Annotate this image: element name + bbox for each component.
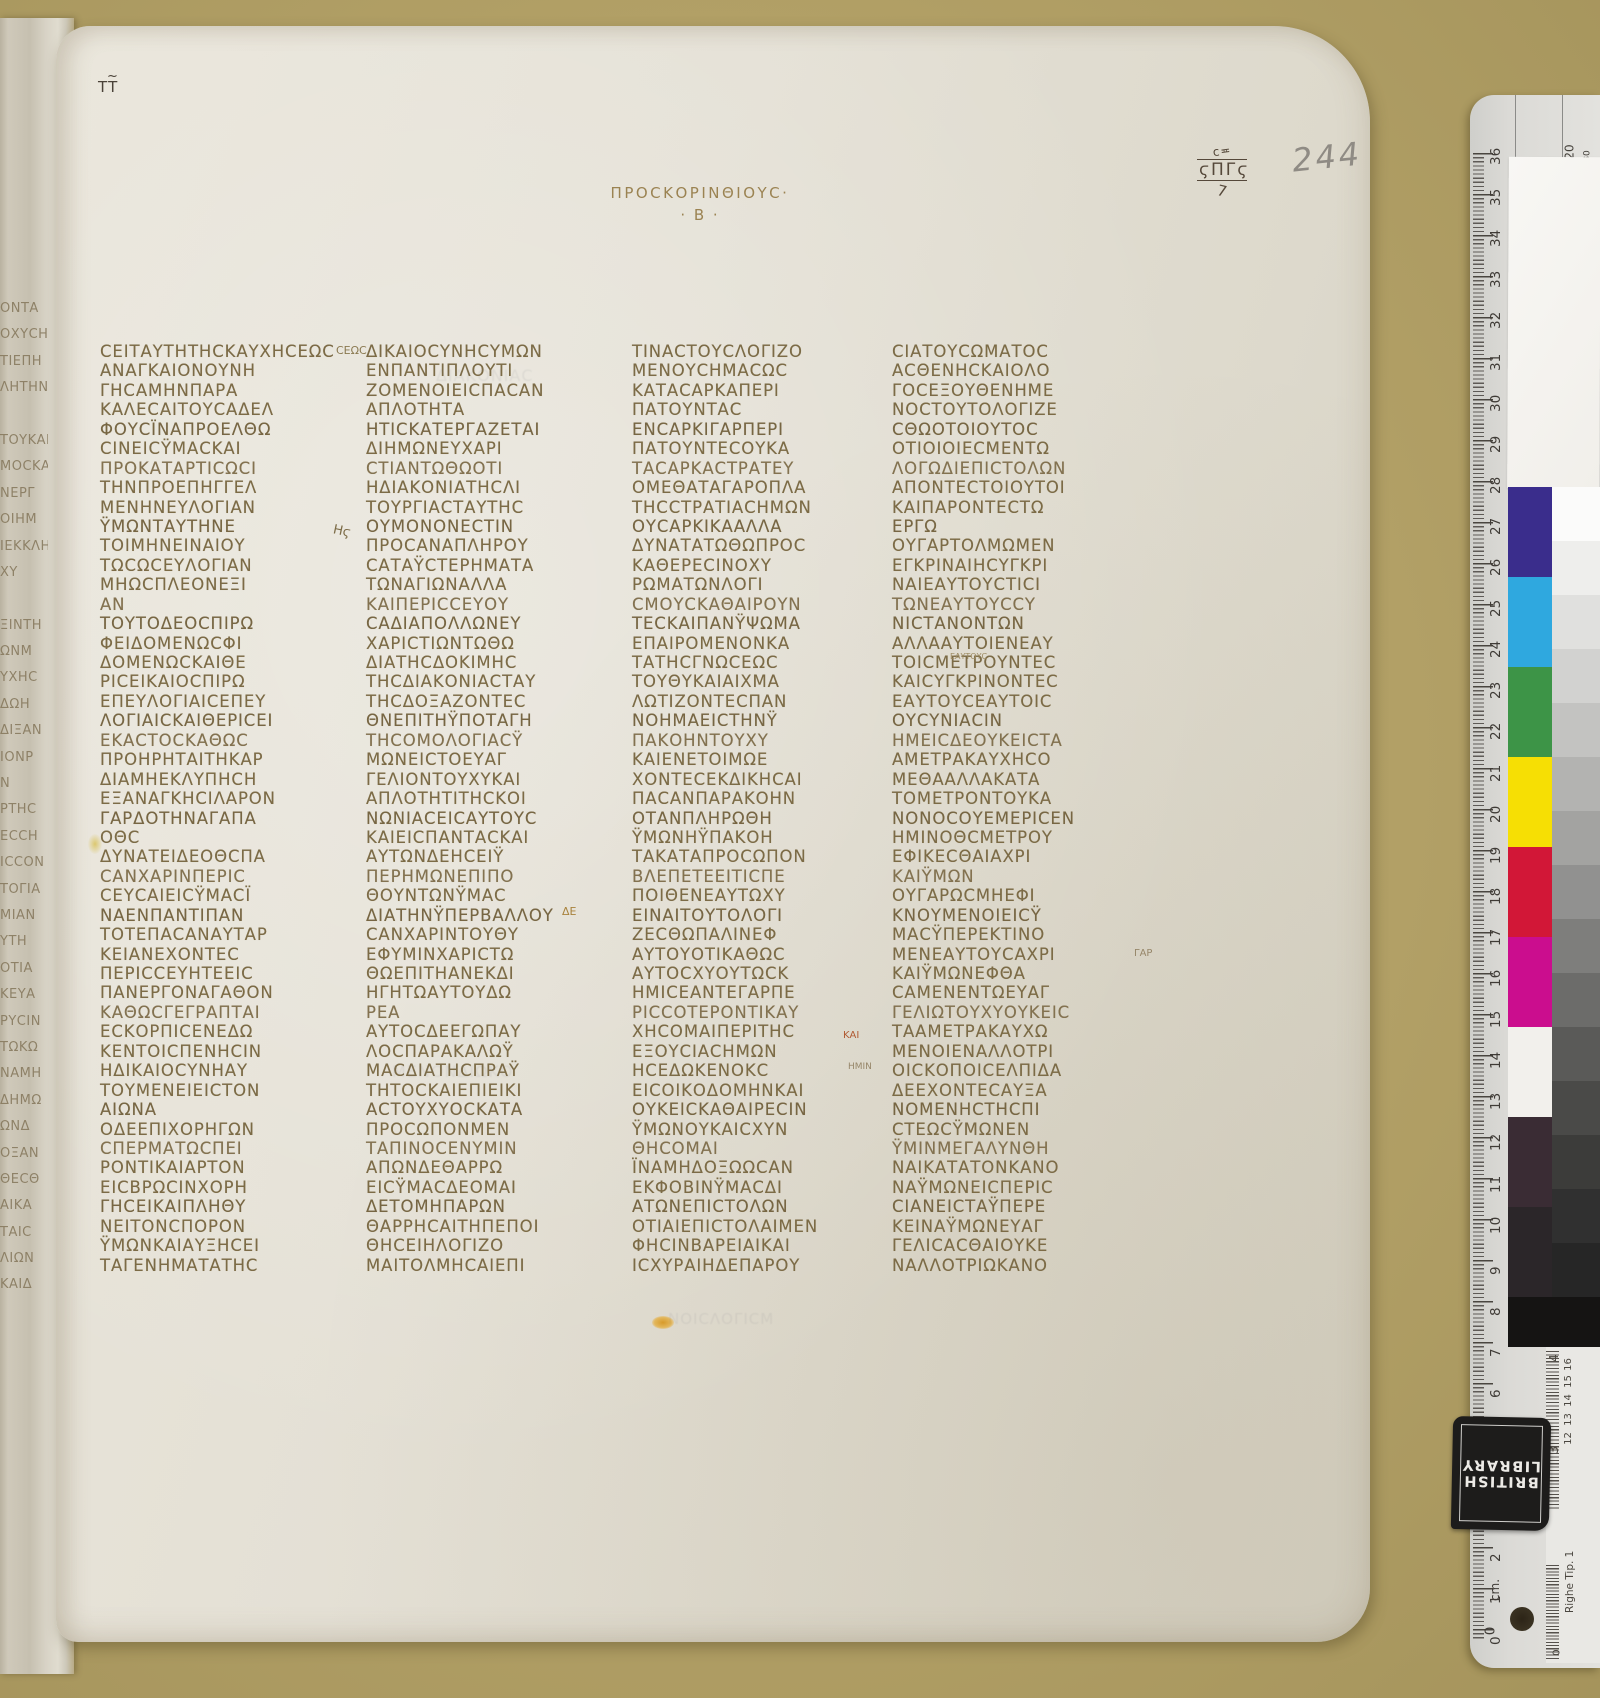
manuscript-line: ΑΝ bbox=[100, 595, 362, 614]
fragment-line: ΟΤΙΑ bbox=[0, 956, 48, 982]
manuscript-line: ϹΙΝΕΙϹΫΜΑϹΚΑΙ bbox=[100, 439, 362, 458]
manuscript-line: ΝΑΕΝΠΑΝΤΙΠΑΝ bbox=[100, 906, 362, 925]
manuscript-line: ΧΟΝΤΕϹΕΚΔΙΚΗϹΑΙ bbox=[632, 770, 894, 789]
fragment-line: ΡΥϹΙΝ bbox=[0, 1009, 48, 1035]
manuscript-line: ΚΑΙΕΝΕΤΟΙΜΩΕ bbox=[632, 750, 894, 769]
cm-number: 28 bbox=[1488, 474, 1504, 494]
gray-step bbox=[1552, 811, 1600, 865]
manuscript-line: ΔΕΕΧΟΝΤΕϹΑΥΞΑ bbox=[892, 1081, 1154, 1100]
quire-mark-tilde: ~ bbox=[107, 69, 119, 84]
manuscript-line: ΕϹΚΟΡΠΙϹΕΝΕΔΩ bbox=[100, 1022, 362, 1041]
manuscript-line: ΡΟΝΤΙΚΑΙΑΡΤΟΝ bbox=[100, 1158, 362, 1177]
manuscript-line: ΧΑΡΙϹΤΙΩΝΤΩΘΩ bbox=[366, 634, 628, 653]
manuscript-line: ΟΤΙΑΙΕΠΙϹΤΟΛΑΙΜΕΝ bbox=[632, 1217, 894, 1236]
secondary-scale-number: 15 bbox=[1563, 1375, 1574, 1388]
manuscript-line: ΝΩΝΙΑϹΕΙϹΑΥΤΟΥϹ bbox=[366, 809, 628, 828]
cm-number: 34 bbox=[1488, 227, 1504, 247]
manuscript-line: ΑΠΟΝΤΕϹΤΟΙΟΥΤΟΙ bbox=[892, 478, 1154, 497]
fragment-line: ΛΙΩΝ bbox=[0, 1246, 48, 1272]
gray-step bbox=[1552, 703, 1600, 757]
manuscript-line: ΕΠΑΙΡΟΜΕΝΟΝΚΑ bbox=[632, 634, 894, 653]
manuscript-line: ΚΕΝΤΟΙϹΠΕΝΗϹΙΝ bbox=[100, 1042, 362, 1061]
manuscript-line: ΝΑΙΚΑΤΑΤΟΝΚΑΝΟ bbox=[892, 1158, 1154, 1177]
manuscript-line: ΤΟΜΕΤΡΟΝΤΟΥΚΑ bbox=[892, 789, 1154, 808]
manuscript-line: ΠΑΝΕΡΓΟΝΑΓΑΘΟΝ bbox=[100, 983, 362, 1002]
gray-step bbox=[1552, 757, 1600, 811]
manuscript-line: ΠΑΤΟΥΝΤΑϹ bbox=[632, 400, 894, 419]
fragment-line: ΙΟΝΡ bbox=[0, 745, 48, 771]
manuscript-line: ΚΑΘΕΡΕϹΙΝΟΧΥ bbox=[632, 556, 894, 575]
manuscript-line: ΛΟΓΩΔΙΕΠΙϹΤΟΛΩΝ bbox=[892, 459, 1154, 478]
manuscript-line: ΓΕΛΙΩΤΟΥΧΥΟΥΚΕΙϹ bbox=[892, 1003, 1154, 1022]
manuscript-line: ΫΜΩΝΗΫΠΑΚΟΗ bbox=[632, 828, 894, 847]
manuscript-line: ΑΠΛΟΤΗΤΙΤΗϹΚΟΙ bbox=[366, 789, 628, 808]
gray-step bbox=[1552, 1135, 1600, 1189]
marginal-note: ΚΑΙ bbox=[843, 1030, 859, 1041]
manuscript-line: ΠΑΚΟΗΝΤΟΥΧΥ bbox=[632, 731, 894, 750]
manuscript-line: ϹΑΜΕΝΕΝΤΩΕΥΑΓ bbox=[892, 983, 1154, 1002]
manuscript-line: ΜΕΝΟΥϹΗΜΑϹΩϹ bbox=[632, 361, 894, 380]
manuscript-line: ϹΕΙΤΑΥΤΗΤΗϹΚΑΥΧΗϹΕΩϹ bbox=[100, 342, 362, 361]
manuscript-line: ΜΕΝΟΙΕΝΑΛΛΟΤΡΙ bbox=[892, 1042, 1154, 1061]
manuscript-photo-stage: ΟΝΤΑΟΧΥϹΗΤΙΕΠΗΛΗΤΗΝΤΟΥΚΑΙΜΟϹΚΑΙΝΕΡΓΟΙΗΜΙ… bbox=[0, 0, 1600, 1698]
cm-number: 23 bbox=[1488, 679, 1504, 699]
manuscript-line: ΜΕΝΕΑΥΤΟΥϹΑΧΡΙ bbox=[892, 945, 1154, 964]
color-patch bbox=[1508, 1117, 1552, 1207]
grayscale-wedge-column bbox=[1552, 487, 1600, 1297]
manuscript-line: ΜΑϹΫΠΕΡΕΚΤΙΝΟ bbox=[892, 925, 1154, 944]
manuscript-line: ΚΑΙΠΑΡΟΝΤΕϹΤΩ bbox=[892, 498, 1154, 517]
manuscript-line: ϹΑΤΑΫϹΤΕΡΗΜΑΤΑ bbox=[366, 556, 628, 575]
quire-mark-top-left: ΤΤ ~ bbox=[98, 78, 118, 96]
gray-step bbox=[1552, 1081, 1600, 1135]
manuscript-line: ΟΥΓΑΡΤΟΛΜΩΜΕΝ bbox=[892, 536, 1154, 555]
text-column-3: ΤΙΝΑϹΤΟΥϹΛΟΓΙΖΟΜΕΝΟΥϹΗΜΑϹΩϹΚΑΤΑϹΑΡΚΑΠΕΡΙ… bbox=[632, 342, 894, 1275]
gray-step bbox=[1552, 649, 1600, 703]
cm-number: 36 bbox=[1488, 145, 1504, 165]
british-library-label-text: BRITISH LIBRARY bbox=[1459, 1424, 1543, 1523]
manuscript-line: ΔΙΗΜΩΝΕΥΧΑΡΙ bbox=[366, 439, 628, 458]
manuscript-line: ΤΙΝΑϹΤΟΥϹΛΟΓΙΖΟ bbox=[632, 342, 894, 361]
manuscript-line: ΓΑΡΔΟΤΗΝΑΓΑΠΑ bbox=[100, 809, 362, 828]
fragment-line: ΟΧΥϹΗ bbox=[0, 322, 48, 348]
manuscript-line: ΟΥϹΥΝΙΑϹΙΝ bbox=[892, 711, 1154, 730]
manuscript-line: ΤΟΥΡΓΙΑϹΤΑΥΤΗϹ bbox=[366, 498, 628, 517]
manuscript-line: ϹΑΝΧΑΡΙΝΠΕΡΙϹ bbox=[100, 867, 362, 886]
manuscript-line: ΕΙϹΒΡΩϹΙΝΧΟΡΗ bbox=[100, 1178, 362, 1197]
manuscript-line: ΚΑΛΕϹΑΙΤΟΥϹΑΔΕΛ bbox=[100, 400, 362, 419]
manuscript-line: ΕΚΑϹΤΟϹΚΑΘΩϹ bbox=[100, 731, 362, 750]
manuscript-line: ΘΩΕΠΙΤΗΑΝΕΚΔΙ bbox=[366, 964, 628, 983]
manuscript-line: ΛΟΓΙΑΙϹΚΑΙΘΕΡΙϹΕΙ bbox=[100, 711, 362, 730]
manuscript-line: ΟΤΙΟΙΟΙΕϹΜΕΝΤΩ bbox=[892, 439, 1154, 458]
cm-number: 29 bbox=[1488, 433, 1504, 453]
manuscript-line: ΔΙΚΑΙΟϹΥΝΗϹΥΜΩΝ bbox=[366, 342, 628, 361]
manuscript-line: ΡΙϹΕΙΚΑΙΟϹΠΙΡΩ bbox=[100, 672, 362, 691]
fragment-line: ΑΙΚΑ bbox=[0, 1193, 48, 1219]
manuscript-line: ϹΑΔΙΑΠΟΛΛΩΝΕΥ bbox=[366, 614, 628, 633]
gray-step bbox=[1552, 919, 1600, 973]
cm-number: 25 bbox=[1488, 597, 1504, 617]
cm-number: 8 bbox=[1488, 1296, 1504, 1316]
fragment-line: ΩΝΜ bbox=[0, 639, 48, 665]
manuscript-line: ϹΜΟΥϹΚΑΘΑΙΡΟΥΝ bbox=[632, 595, 894, 614]
manuscript-line: ΟΔΕΕΠΙΧΟΡΗΓΩΝ bbox=[100, 1120, 362, 1139]
label-line-library: LIBRARY bbox=[1461, 1457, 1541, 1475]
manuscript-line: ΝΑΛΛΟΤΡΙΩΚΑΝΟ bbox=[892, 1256, 1154, 1275]
cm-number: 30 bbox=[1488, 392, 1504, 412]
cm-number: 10 bbox=[1488, 1214, 1504, 1234]
fragment-line: ΙΕΚΚΛΗ bbox=[0, 534, 48, 560]
manuscript-line: ΝΟΗΜΑΕΙϹΤΗΝΫ bbox=[632, 711, 894, 730]
manuscript-line: ΤΩΝΑΓΙΩΝΑΛΛΑ bbox=[366, 575, 628, 594]
manuscript-line: ΤΑΑΜΕΤΡΑΚΑΥΧΩ bbox=[892, 1022, 1154, 1041]
fragment-line: ΧΥ bbox=[0, 560, 48, 586]
manuscript-line: ΡΩΜΑΤΩΝΛΟΓΙ bbox=[632, 575, 894, 594]
manuscript-line: ΘΟΥΝΤΩΝΫΜΑϹ bbox=[366, 886, 628, 905]
manuscript-line: ΠΑϹΑΝΠΑΡΑΚΟΗΝ bbox=[632, 789, 894, 808]
manuscript-line: ΟΥΓΑΡΩϹΜΗΕΦΙ bbox=[892, 886, 1154, 905]
manuscript-line: ΫΜΩΝΤΑΥΤΗΝΕ bbox=[100, 517, 362, 536]
fragment-line: ΤΑΙϹ bbox=[0, 1220, 48, 1246]
fragment-line: ΜΟϹΚΑΙ bbox=[0, 454, 48, 480]
cm-number: 15 bbox=[1488, 1008, 1504, 1028]
fragment-line: ΤΙΕΠΗ bbox=[0, 349, 48, 375]
manuscript-line: ΗΜΙϹΕΑΝΤΕΓΑΡΠΕ bbox=[632, 983, 894, 1002]
manuscript-line: ΔΙΑΜΗΕΚΛΥΠΗϹΗ bbox=[100, 770, 362, 789]
secondary-scale-ticks-lower bbox=[1546, 1565, 1559, 1659]
fragment-line: ΛΗΤΗΝ bbox=[0, 375, 48, 401]
manuscript-line: ΦΕΙΔΟΜΕΝΩϹΦΙ bbox=[100, 634, 362, 653]
fragment-line: ΔΩΗ bbox=[0, 692, 48, 718]
cm-number: 6 bbox=[1488, 1378, 1504, 1398]
fragment-line: ΕϹϹΗ bbox=[0, 824, 48, 850]
manuscript-line: ΘΗϹΕΙΗΛΟΓΙΖΟ bbox=[366, 1236, 628, 1255]
color-patch bbox=[1508, 667, 1552, 757]
manuscript-line: ΕΙϹΫΜΑϹΔΕΟΜΑΙ bbox=[366, 1178, 628, 1197]
text-column-2: ΔΙΚΑΙΟϹΥΝΗϹΥΜΩΝΕΝΠΑΝΤΙΠΛΟΥΤΙΖΟΜΕΝΟΙΕΙϹΠΑ… bbox=[366, 342, 628, 1275]
manuscript-line: ΛΩΤΙΖΟΝΤΕϹΠΑΝ bbox=[632, 692, 894, 711]
manuscript-line: ϹΙΑΝΕΙϹΤΑΫΠΕΡΕ bbox=[892, 1197, 1154, 1216]
manuscript-line: ΑΤΩΝΕΠΙϹΤΟΛΩΝ bbox=[632, 1197, 894, 1216]
fragment-line: ΝΕΡΓ bbox=[0, 481, 48, 507]
manuscript-line: ΚΝΟΥΜΕΝΟΙΕΙϹΫ bbox=[892, 906, 1154, 925]
fragment-line: ΤΟΥΚΑΙ bbox=[0, 428, 48, 454]
manuscript-line: ΡΙϹϹΟΤΕΡΟΝΤΙΚΑΥ bbox=[632, 1003, 894, 1022]
fragment-line: ΔΗΜΩ bbox=[0, 1088, 48, 1114]
cm-number: 13 bbox=[1488, 1090, 1504, 1110]
vellum-stain bbox=[88, 834, 102, 854]
fragment-line: ΝΑΜΗ bbox=[0, 1061, 48, 1087]
manuscript-line: ΚΑΙΕΙϹΠΑΝΤΑϹΚΑΙ bbox=[366, 828, 628, 847]
secondary-scale-number: 14 bbox=[1563, 1394, 1574, 1407]
fragment-line: ΟΙΗΜ bbox=[0, 507, 48, 533]
running-title: ΠΡΟϹΚΟΡΙΝΘΙΟΥϹ· bbox=[540, 184, 860, 202]
manuscript-line: ΓΗϹΕΙΚΑΙΠΛΗΘΥ bbox=[100, 1197, 362, 1216]
show-through-text: ΜΕΝΟΝΔΙΩΚΟ bbox=[392, 1062, 513, 1081]
fragment-line bbox=[0, 402, 48, 428]
cm-number: 7 bbox=[1488, 1337, 1504, 1357]
cm-number: 26 bbox=[1488, 556, 1504, 576]
cm-number: 16 bbox=[1488, 967, 1504, 987]
manuscript-line: ΤΟΥΘΥΚΑΙΑΙΧΜΑ bbox=[632, 672, 894, 691]
secondary-scale-number: 16 bbox=[1563, 1358, 1574, 1371]
manuscript-line: ΜΑΙΤΟΛΜΗϹΑΙΕΠΙ bbox=[366, 1256, 628, 1275]
manuscript-line: ΚΑΙΠΕΡΙϹϹΕΥΟΥ bbox=[366, 595, 628, 614]
cm-number: 22 bbox=[1488, 720, 1504, 740]
label-line-british: BRITISH bbox=[1463, 1473, 1539, 1491]
manuscript-line: ΖΕϹΘΩΠΑΛΙΝΕΦ bbox=[632, 925, 894, 944]
manuscript-line: ΜΕΝΗΝΕΥΛΟΓΙΑΝ bbox=[100, 498, 362, 517]
manuscript-line: ΦΟΥϹΪΝΑΠΡΟΕΛΘΩ bbox=[100, 420, 362, 439]
manuscript-line: ΫΜΩΝΚΑΙΑΥΞΗϹΕΙ bbox=[100, 1236, 362, 1255]
manuscript-line: ΑΜΕΤΡΑΚΑΥΧΗϹΟ bbox=[892, 750, 1154, 769]
cm-unit-label: cm. bbox=[1488, 1579, 1502, 1601]
manuscript-line: ΗΜΙΝΟΘϹΜΕΤΡΟΥ bbox=[892, 828, 1154, 847]
manuscript-line: ΜΗΩϹΠΛΕΟΝΕΞΙ bbox=[100, 575, 362, 594]
color-patch bbox=[1508, 757, 1552, 847]
manuscript-line: ΟΥΜΟΝΟΝΕϹΤΙΝ bbox=[366, 517, 628, 536]
british-library-label: BRITISH LIBRARY bbox=[1451, 1416, 1551, 1531]
gray-step bbox=[1552, 973, 1600, 1027]
manuscript-line: ΝΟΜΕΝΗϹΤΗϹΠΙ bbox=[892, 1100, 1154, 1119]
manuscript-line: ΠΡΟϹΑΝΑΠΛΗΡΟΥ bbox=[366, 536, 628, 555]
fragment-line: ΩΝΔ bbox=[0, 1114, 48, 1140]
manuscript-line: ΠΟΙΘΕΝΕΑΥΤΩΧΥ bbox=[632, 886, 894, 905]
manuscript-line: ΑΥΤΟϹΔΕΕΓΩΠΑΥ bbox=[366, 1022, 628, 1041]
manuscript-line: ΤΟΤΕΠΑϹΑΝΑΥΤΑΡ bbox=[100, 925, 362, 944]
manuscript-line: ϹΕΥϹΑΙΕΙϹΫΜΑϹΪ bbox=[100, 886, 362, 905]
color-patch bbox=[1508, 577, 1552, 667]
marginal-note: ΗΜΙΝ bbox=[848, 1062, 872, 1072]
manuscript-line: ΑϹΤΟΥΧΥΟϹΚΑΤΑ bbox=[366, 1100, 628, 1119]
manuscript-line: ΤΗϹΟΜΟΛΟΓΙΑϹΫ bbox=[366, 731, 628, 750]
manuscript-line: ΠΡΟΚΑΤΑΡΤΙϹΩϹΙ bbox=[100, 459, 362, 478]
manuscript-line: ΘΑΡΡΗϹΑΙΤΗΠΕΠΟΙ bbox=[366, 1217, 628, 1236]
manuscript-line: ΕΞΟΥϹΙΑϹΗΜΩΝ bbox=[632, 1042, 894, 1061]
manuscript-line: ΚΑΘΩϹΓΕΓΡΑΠΤΑΙ bbox=[100, 1003, 362, 1022]
manuscript-line: ΜΩΝΕΙϹΤΟΕΥΑΓ bbox=[366, 750, 628, 769]
manuscript-line: ΤΗΝΠΡΟΕΠΗΓΓΕΛ bbox=[100, 478, 362, 497]
fragment-line: ΡΤΗϹ bbox=[0, 797, 48, 823]
manuscript-line: ΠΕΡΗΜΩΝΕΠΙΠΟ bbox=[366, 867, 628, 886]
manuscript-line: ΝΑΫΜΩΝΕΙϹΠΕΡΙϹ bbox=[892, 1178, 1154, 1197]
secondary-scale-number: 4 bbox=[1547, 1354, 1561, 1362]
fragment-line bbox=[0, 586, 48, 612]
fragment-line: ΟΞΑΝ bbox=[0, 1141, 48, 1167]
color-patch bbox=[1508, 1207, 1552, 1297]
manuscript-line: ΜΕΘΑΑΛΛΑΚΑΤΑ bbox=[892, 770, 1154, 789]
manuscript-line: ΔΥΝΑΤΑΤΩΘΩΠΡΟϹ bbox=[632, 536, 894, 555]
manuscript-line: ΤΟΥΜΕΝΕΙΕΙϹΤΟΝ bbox=[100, 1081, 362, 1100]
manuscript-line: ΑΥΤΟΥΟΤΙΚΑΘΩϹ bbox=[632, 945, 894, 964]
manuscript-line: ΗΔΙΚΑΙΟϹΥΝΗΑΥ bbox=[100, 1061, 362, 1080]
manuscript-line: ΑϹΘΕΝΗϹΚΑΙΟΛΟ bbox=[892, 361, 1154, 380]
show-through-text: ΔΙΑΚΟΝΙΑϹ bbox=[436, 366, 534, 385]
manuscript-line: ΚΑΙϹΥΓΚΡΙΝΟΝΤΕϹ bbox=[892, 672, 1154, 691]
color-patch bbox=[1508, 1027, 1552, 1117]
gray-step bbox=[1552, 487, 1600, 541]
manuscript-line: ΪΝΑΜΗΔΟΞΩΩϹΑΝ bbox=[632, 1158, 894, 1177]
manuscript-line: ΠΡΟϹΩΠΟΝΜΕΝ bbox=[366, 1120, 628, 1139]
manuscript-line: ΔΙΑΤΗΝΫΠΕΡΒΑΛΛΟΥ bbox=[366, 906, 628, 925]
manuscript-line: ΗΤΙϹΚΑΤΕΡΓΑΖΕΤΑΙ bbox=[366, 420, 628, 439]
manuscript-line: ΔΕΤΟΜΗΠΑΡΩΝ bbox=[366, 1197, 628, 1216]
cm-number: 35 bbox=[1488, 186, 1504, 206]
fragment-line: ΞΙΝΤΗ bbox=[0, 613, 48, 639]
manuscript-line: ϹΙΑΤΟΥϹΩΜΑΤΟϹ bbox=[892, 342, 1154, 361]
manuscript-line: ΕΦΥΜΙΝΧΑΡΙϹΤΩ bbox=[366, 945, 628, 964]
manuscript-line: ΙϹΧΥΡΑΙΗΔΕΠΑΡΟΥ bbox=[632, 1256, 894, 1275]
cm-number: 27 bbox=[1488, 515, 1504, 535]
black-reference-band bbox=[1508, 1297, 1600, 1347]
fragment-line: ΔΙΞΑΝ bbox=[0, 718, 48, 744]
color-patch bbox=[1508, 487, 1552, 577]
manuscript-line: ΤΗϹΔΟΞΑΖΟΝΤΕϹ bbox=[366, 692, 628, 711]
manuscript-line: ΝΙϹΤΑΝΟΝΤΩΝ bbox=[892, 614, 1154, 633]
manuscript-line: ϹΤΙΑΝΤΩΘΩΟΤΙ bbox=[366, 459, 628, 478]
cm-number: 19 bbox=[1488, 844, 1504, 864]
manuscript-line: ϹΑΝΧΑΡΙΝΤΟΥΘΥ bbox=[366, 925, 628, 944]
manuscript-line: ΑΠΛΟΤΗΤΑ bbox=[366, 400, 628, 419]
secondary-scale: 416151413123 Righe Tip. 1 1 2 3 4 0 bbox=[1546, 1347, 1600, 1663]
gray-step bbox=[1552, 1027, 1600, 1081]
folio-number-pencil: 244 bbox=[1290, 134, 1364, 179]
manuscript-line: ΕΓΚΡΙΝΑΙΗϹΥΓΚΡΙ bbox=[892, 556, 1154, 575]
manuscript-line: ΤΑΤΗϹΓΝΩϹΕΩϹ bbox=[632, 653, 894, 672]
marginal-note: ΕΑΥΤΟΥϹ bbox=[950, 652, 987, 661]
manuscript-line: ΚΑΙΫΜΩΝ bbox=[892, 867, 1154, 886]
manuscript-line: ΓΕΛΙϹΑϹΘΑΙΟΥΚΕ bbox=[892, 1236, 1154, 1255]
manuscript-line: ΕΝϹΑΡΚΙΓΑΡΠΕΡΙ bbox=[632, 420, 894, 439]
gray-step bbox=[1552, 865, 1600, 919]
text-column-1: ϹΕΙΤΑΥΤΗΤΗϹΚΑΥΧΗϹΕΩϹΑΝΑΓΚΑΙΟΝΟΥΝΗΓΗϹΑΜΗΝ… bbox=[100, 342, 362, 1275]
facing-page-text-fragments: ΟΝΤΑΟΧΥϹΗΤΙΕΠΗΛΗΤΗΝΤΟΥΚΑΙΜΟϹΚΑΙΝΕΡΓΟΙΗΜΙ… bbox=[0, 296, 48, 1299]
manuscript-line: ΝΕΙΤΟΝϹΠΟΡΟΝ bbox=[100, 1217, 362, 1236]
manuscript-line: ΫΜΙΝΜΕΓΑΛΥΝΘΗ bbox=[892, 1139, 1154, 1158]
manuscript-line: ΔΟΜΕΝΩϹΚΑΙΘΕ bbox=[100, 653, 362, 672]
gray-step bbox=[1552, 595, 1600, 649]
fragment-line: ΙϹϹΟΝ bbox=[0, 850, 48, 876]
manuscript-line: ΤΕϹΚΑΙΠΑΝΫΨΩΜΑ bbox=[632, 614, 894, 633]
manuscript-line: ϹΘΩΟΤΟΙΟΥΤΟϹ bbox=[892, 420, 1154, 439]
cm-number: 17 bbox=[1488, 926, 1504, 946]
manuscript-line: ΘΝΕΠΙΤΗΫΠΟΤΑΓΗ bbox=[366, 711, 628, 730]
fragment-line: ΟΝΤΑ bbox=[0, 296, 48, 322]
manuscript-line: ΑΥΤΩΝΔΕΗϹΕΙΫ bbox=[366, 847, 628, 866]
manuscript-line: ΑΥΤΟϹΧΥΟΥΤΩϹΚ bbox=[632, 964, 894, 983]
manuscript-line: ΑΝΑΓΚΑΙΟΝΟΥΝΗ bbox=[100, 361, 362, 380]
running-title-book-number: · Β · bbox=[540, 206, 860, 224]
manuscript-line: ΤΗΤΟϹΚΑΙΕΠΙΕΙΚΙ bbox=[366, 1081, 628, 1100]
cm-number: 21 bbox=[1488, 762, 1504, 782]
manuscript-line: ΤΑϹΑΡΚΑϹΤΡΑΤΕΥ bbox=[632, 459, 894, 478]
white-balance-card bbox=[1507, 157, 1600, 488]
manuscript-line: ΛΟϹΠΑΡΑΚΑΛΩΫ bbox=[366, 1042, 628, 1061]
cm-number: 24 bbox=[1488, 638, 1504, 658]
gray-step bbox=[1552, 541, 1600, 595]
ruler-divider-line bbox=[1515, 95, 1516, 161]
manuscript-line: ϹΠΕΡΜΑΤΩϹΠΕΙ bbox=[100, 1139, 362, 1158]
manuscript-line: ΕΙΝΑΙΤΟΥΤΟΛΟΓΙ bbox=[632, 906, 894, 925]
manuscript-line: ϹΤΕΩϹΫΜΩΝΕΝ bbox=[892, 1120, 1154, 1139]
manuscript-line: ΤΟΙΜΗΝΕΙΝΑΙΟΥ bbox=[100, 536, 362, 555]
cm-number: 11 bbox=[1488, 1173, 1504, 1193]
running-title-block: ΠΡΟϹΚΟΡΙΝΘΙΟΥϹ· · Β · bbox=[540, 184, 860, 224]
manuscript-line: ΤΟΙϹΜΕΤΡΟΥΝΤΕϹ bbox=[892, 653, 1154, 672]
righe-zero: 0 bbox=[1552, 1649, 1563, 1655]
manuscript-line: ΠΡΟΗΡΗΤΑΙΤΗΚΑΡ bbox=[100, 750, 362, 769]
fragment-line: ΥΤΗ bbox=[0, 929, 48, 955]
manuscript-line: ΕΞΑΝΑΓΚΗϹΙΛΑΡΟΝ bbox=[100, 789, 362, 808]
fragment-line: ΚΕΥΑ bbox=[0, 982, 48, 1008]
manuscript-line: ΤΩϹΩϹΕΥΛΟΓΙΑΝ bbox=[100, 556, 362, 575]
cm-number: 18 bbox=[1488, 885, 1504, 905]
cm-number: 32 bbox=[1488, 309, 1504, 329]
manuscript-line: ΤΩΝΕΑΥΤΟΥϹϹΥ bbox=[892, 595, 1154, 614]
manuscript-line: ΫΜΩΝΟΥΚΑΙϹΧΥΝ bbox=[632, 1120, 894, 1139]
color-calibration-ruler: 3635343332313029282726252423222120191817… bbox=[1470, 95, 1600, 1668]
manuscript-line: ΕΡΓΩ bbox=[892, 517, 1154, 536]
manuscript-line: ΝΟΝΟϹΟΥΕΜΕΡΙϹΕΝ bbox=[892, 809, 1154, 828]
manuscript-line: ΡΕΑ bbox=[366, 1003, 628, 1022]
manuscript-line: ΗΓΗΤΩΑΥΤΟΥΔΩ bbox=[366, 983, 628, 1002]
manuscript-line: ΟΥΚΕΙϹΚΑΘΑΙΡΕϹΙΝ bbox=[632, 1100, 894, 1119]
gray-step bbox=[1552, 1243, 1600, 1297]
manuscript-line: ΑΛΛΑΑΥΤΟΙΕΝΕΑΥ bbox=[892, 634, 1154, 653]
ruler-punch-hole bbox=[1510, 1607, 1534, 1631]
manuscript-line: ΝΟϹΤΟΥΤΟΛΟΓΙΖΕ bbox=[892, 400, 1154, 419]
manuscript-line: ΠΕΡΙϹϹΕΥΗΤΕΕΙϹ bbox=[100, 964, 362, 983]
cm-number: 20 bbox=[1488, 803, 1504, 823]
cm-number: 14 bbox=[1488, 1049, 1504, 1069]
righe-tip-label: Righe Tip. 1 bbox=[1564, 1551, 1576, 1613]
manuscript-line: ΤΑΓΕΝΗΜΑΤΑΤΗϹ bbox=[100, 1256, 362, 1275]
manuscript-line: ΤΗϹΔΙΑΚΟΝΙΑϹΤΑΥ bbox=[366, 672, 628, 691]
manuscript-line: ΔΥΝΑΤΕΙΔΕΟΘϹΠΑ bbox=[100, 847, 362, 866]
color-patch bbox=[1508, 937, 1552, 1027]
fragment-line: ΤΩΚΩ bbox=[0, 1035, 48, 1061]
cm-number: 2 bbox=[1488, 1542, 1504, 1562]
cm-number: 9 bbox=[1488, 1255, 1504, 1275]
marginal-note: ΓΑΡ bbox=[1134, 948, 1152, 959]
manuscript-line: ΘΗϹΟΜΑΙ bbox=[632, 1139, 894, 1158]
secondary-scale-number: 12 bbox=[1563, 1432, 1574, 1445]
marginal-note: ϹΕΩϹ bbox=[336, 344, 367, 357]
manuscript-line: ΟΘϹ bbox=[100, 828, 362, 847]
manuscript-line: ΚΕΙΑΝΕΧΟΝΤΕϹ bbox=[100, 945, 362, 964]
cm-number: 31 bbox=[1488, 351, 1504, 371]
color-patch bbox=[1508, 847, 1552, 937]
manuscript-line: ΕΙϹΟΙΚΟΔΟΜΗΝΚΑΙ bbox=[632, 1081, 894, 1100]
manuscript-line: ΓΟϹΕΞΟΥΘΕΝΗΜΕ bbox=[892, 381, 1154, 400]
manuscript-line: ΚΑΙΫΜΩΝΕΦΘΑ bbox=[892, 964, 1154, 983]
cm-number: 33 bbox=[1488, 268, 1504, 288]
manuscript-line: ΚΕΙΝΑΫΜΩΝΕΥΑΓ bbox=[892, 1217, 1154, 1236]
manuscript-line: ΕΚΦΟΒΙΝΫΜΑϹΔΙ bbox=[632, 1178, 894, 1197]
fragment-line: ΘΕϹΘ bbox=[0, 1167, 48, 1193]
manuscript-line: ΤΑΠΙΝΟϹΕΝΥΜΙΝ bbox=[366, 1139, 628, 1158]
manuscript-line: ΤΟΥΤΟΔΕΟϹΠΙΡΩ bbox=[100, 614, 362, 633]
manuscript-line: ΦΗϹΙΝΒΑΡΕΙΑΙΚΑΙ bbox=[632, 1236, 894, 1255]
color-patch-column bbox=[1508, 487, 1552, 1297]
cm-number: 12 bbox=[1488, 1131, 1504, 1151]
quire-signature-ink: ϲ≖ ϛΠΓϛ 7 bbox=[1182, 144, 1262, 200]
gray-step bbox=[1552, 1189, 1600, 1243]
manuscript-line: ΒΛΕΠΕΤΕΕΙΤΙϹΠΕ bbox=[632, 867, 894, 886]
manuscript-line: ΟΤΑΝΠΛΗΡΩΘΗ bbox=[632, 809, 894, 828]
manuscript-line: ΗΔΙΑΚΟΝΙΑΤΗϹΛΙ bbox=[366, 478, 628, 497]
